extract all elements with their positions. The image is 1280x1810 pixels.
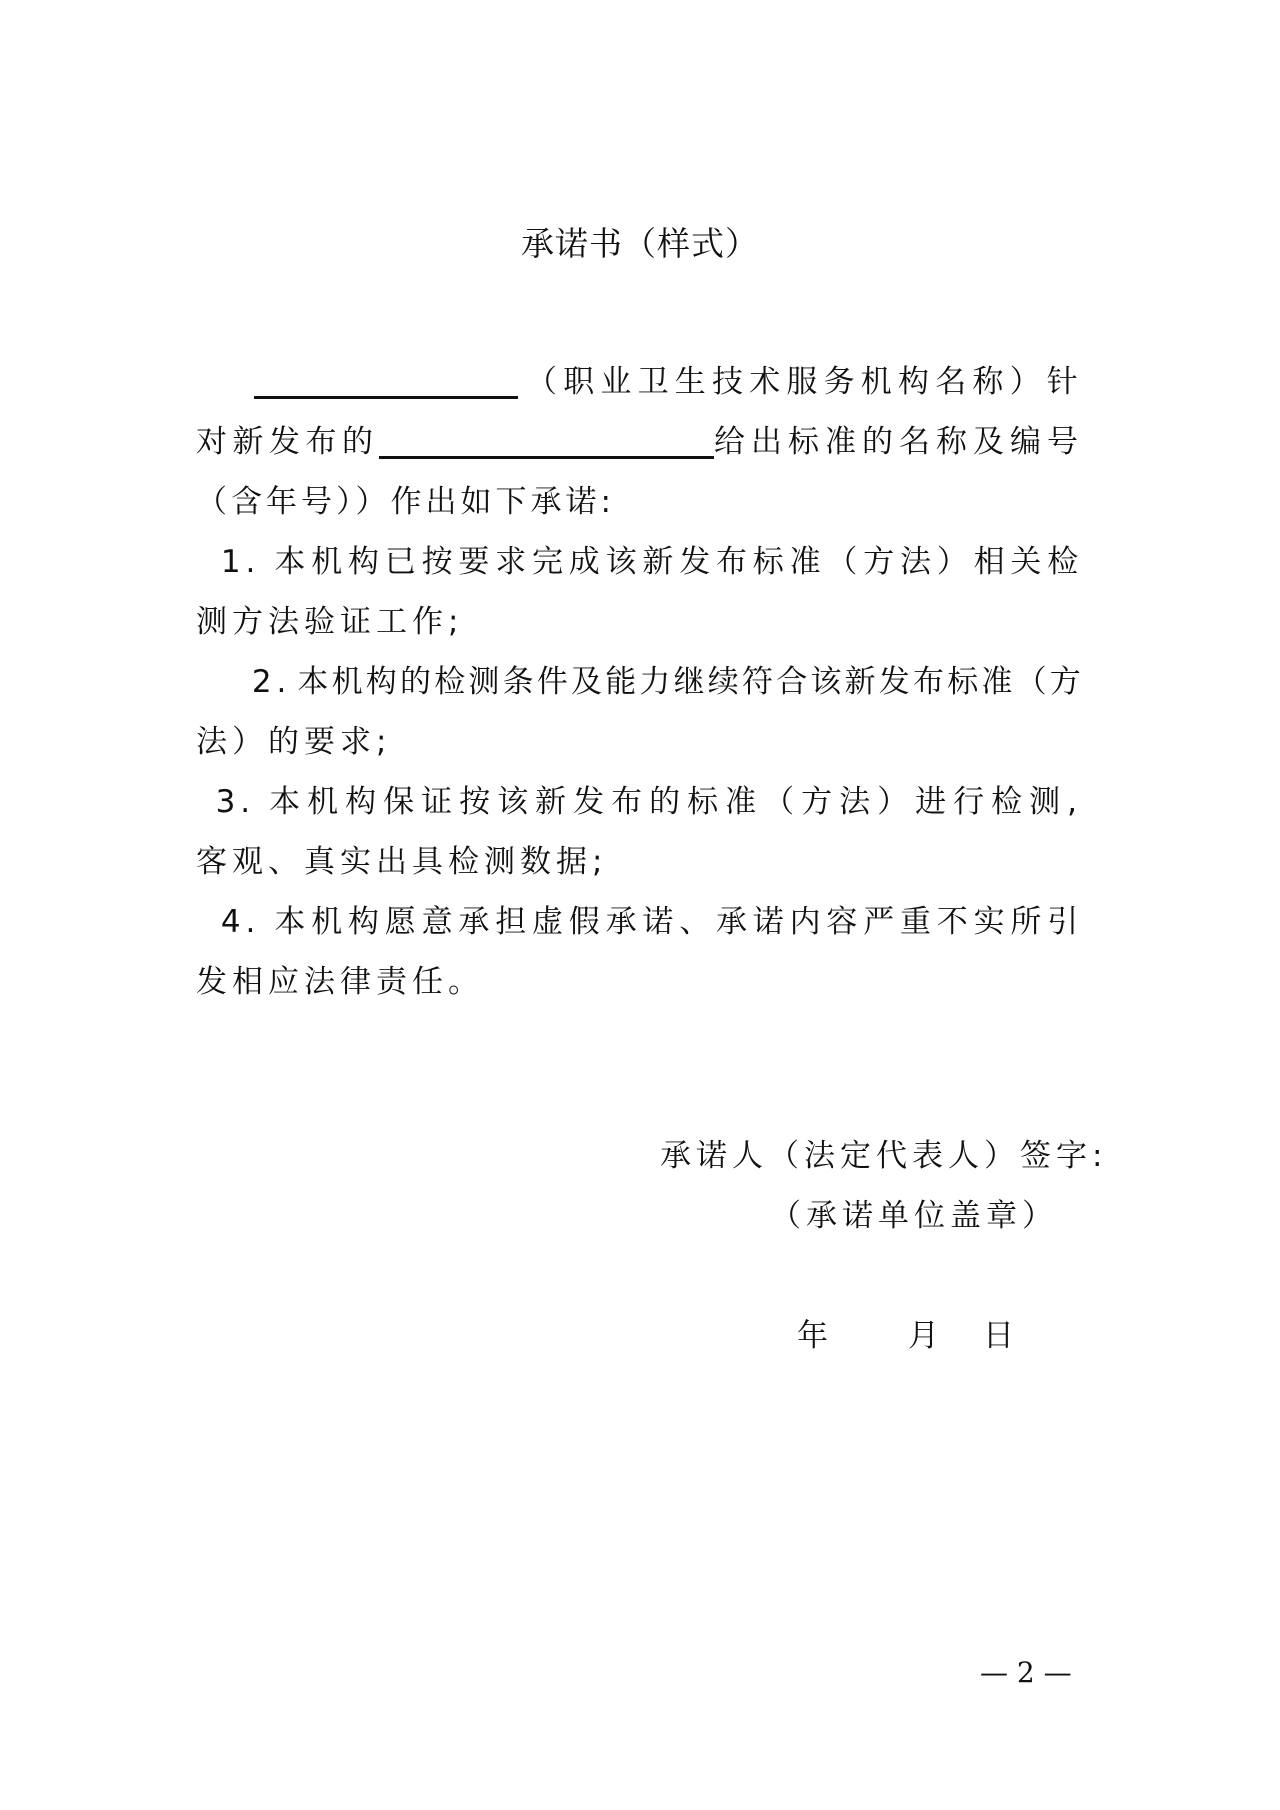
commitment-4-text: 本机构愿意承担虚假承诺、承诺内容严重不实所引 [274, 892, 1084, 952]
institution-name-blank[interactable] [254, 352, 518, 399]
intro-line-2: 对新发布的 给出标准的名称及编号 [196, 412, 1084, 472]
commitment-1-text: 本机构已按要求完成该新发布标准（方法）相关检 [274, 532, 1084, 592]
commitment-4-number: 4. [221, 892, 261, 952]
seal-label: （承诺单位盖章） [770, 1194, 1058, 1238]
document-page: 承诺书（样式） （职业卫生技术服务机构名称）针 对新发布的 给出标准的名称及编号… [0, 0, 1280, 1810]
commitment-2-text-cont: 法）的要求; [196, 712, 391, 772]
intro-line-1: （职业卫生技术服务机构名称）针 [196, 352, 1084, 412]
commitment-3-line-1: 3. 本机构保证按该新发布的标准（方法）进行检测, [196, 772, 1084, 832]
commitment-3-number: 3. [216, 772, 256, 832]
commitment-3-text-cont: 客观、真实出具检测数据; [196, 832, 607, 892]
intro-line-3-text: （含年号））作出如下承诺: [196, 472, 615, 532]
commitment-1-text-cont: 测方法验证工作; [196, 592, 463, 652]
intro-line-1-text: （职业卫生技术服务机构名称）针 [526, 352, 1084, 412]
intro-line-3: （含年号））作出如下承诺: [196, 472, 1084, 532]
date-year: 年 [797, 1314, 828, 1358]
commitment-4-line-2: 发相应法律责任。 [196, 952, 1084, 1012]
date-month: 月 [908, 1314, 939, 1358]
commitment-1-number: 1. [221, 532, 261, 592]
commitment-1-line-1: 1. 本机构已按要求完成该新发布标准（方法）相关检 [196, 532, 1084, 592]
commitment-4-line-1: 4. 本机构愿意承担虚假承诺、承诺内容严重不实所引 [196, 892, 1084, 952]
commitment-3-text: 本机构保证按该新发布的标准（方法）进行检测, [269, 772, 1084, 832]
commitment-1-line-2: 测方法验证工作; [196, 592, 1084, 652]
intro-line-2-suffix: 给出标准的名称及编号 [714, 412, 1084, 472]
commitment-2-line-2: 法）的要求; [196, 712, 1084, 772]
commitment-2-line-1: 2. 本机构的检测条件及能力继续符合该新发布标准（方 [196, 652, 1084, 712]
commitment-2-number: 2. [252, 652, 292, 712]
signer-label: 承诺人（法定代表人）签字: [660, 1134, 1107, 1178]
date-day: 日 [983, 1314, 1014, 1358]
intro-line-2-prefix: 对新发布的 [196, 412, 379, 472]
commitment-2-text: 本机构的检测条件及能力继续符合该新发布标准（方 [297, 652, 1084, 712]
page-number: — 2 — [980, 1653, 1072, 1693]
commitment-3-line-2: 客观、真实出具检测数据; [196, 832, 1084, 892]
commitment-4-text-cont: 发相应法律责任。 [196, 952, 484, 1012]
document-title: 承诺书（样式） [0, 222, 1280, 266]
standard-name-blank[interactable] [379, 412, 715, 459]
